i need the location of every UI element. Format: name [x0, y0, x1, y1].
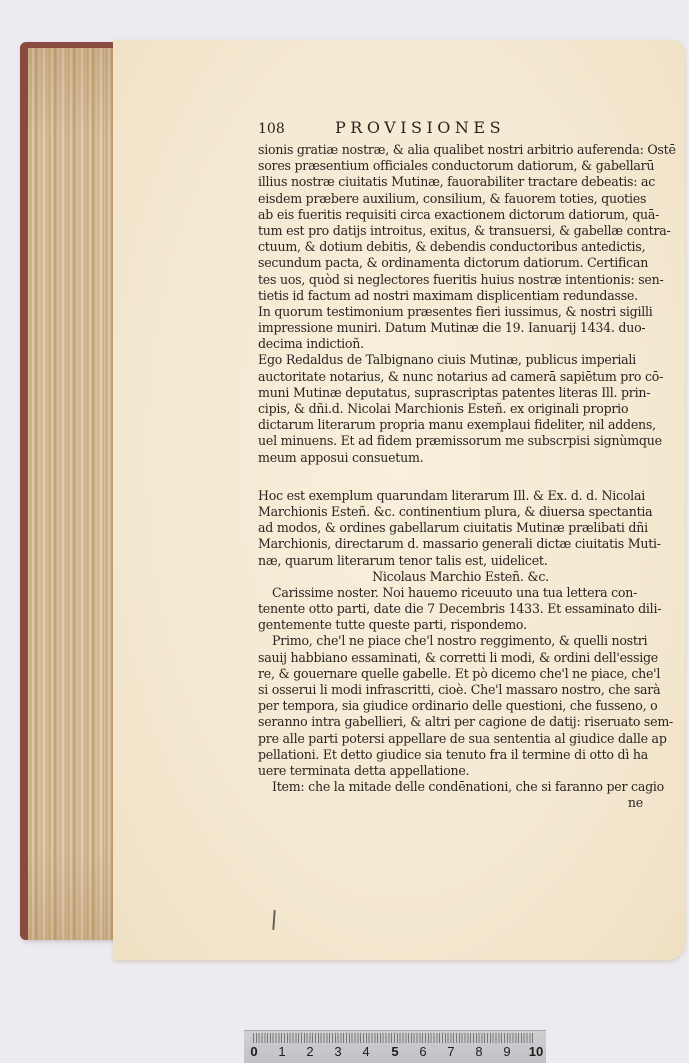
scale-ruler: 0 1 2 3 4 5 6 7 8 9 10 [244, 1030, 546, 1063]
page-number: 108 [258, 121, 285, 137]
text-line: sores præsentium officiales conductorum … [258, 158, 643, 174]
text-line: In quorum testimonium præsentes fieri iu… [258, 304, 643, 320]
text-line: impressione muniri. Datum Mutinæ die 19.… [258, 320, 643, 336]
text-line: Hoc est exemplum quarundam literarum Ill… [258, 488, 643, 504]
paragraph-item: Item: che la mitade delle condēnationi, … [258, 779, 643, 811]
ruler-label: 9 [503, 1044, 510, 1059]
text-line: tum est pro datijs introitus, exitus, & … [258, 223, 643, 239]
text-line: pellationi. Et detto giudice sia tenuto … [258, 747, 643, 763]
section-gap [258, 466, 643, 488]
paragraph-exemplum: Hoc est exemplum quarundam literarum Ill… [258, 488, 643, 585]
ruler-label: 3 [334, 1044, 341, 1059]
text-line: næ, quarum literarum tenor talis est, ui… [258, 553, 643, 569]
text-line: auctoritate notarius, & nunc notarius ad… [258, 369, 643, 385]
running-title: PROVISIONES [335, 118, 505, 137]
ruler-label: 1 [278, 1044, 285, 1059]
text-line: tietis id factum ad nostri maximam displ… [258, 288, 643, 304]
text-line: tenente otto parti, date die 7 Decembris… [258, 601, 643, 617]
text-line: dictarum literarum propria manu exemplau… [258, 417, 643, 433]
text-line: uel minuens. Et ad fidem præmissorum me … [258, 433, 643, 449]
ruler-label: 7 [447, 1044, 454, 1059]
ruler-label: 4 [362, 1044, 369, 1059]
text-line: Primo, che'l ne piace che'l nostro reggi… [258, 633, 643, 649]
text-line: Ego Redaldus de Talbignano ciuis Mutinæ,… [258, 352, 643, 368]
ruler-ticks [253, 1033, 535, 1043]
text-line: ad modos, & ordines gabellarum ciuitatis… [258, 520, 643, 536]
paragraph-primo: Primo, che'l ne piace che'l nostro reggi… [258, 633, 643, 779]
ruler-label: 2 [306, 1044, 313, 1059]
body-text: sionis gratiæ nostræ, & alia qualibet no… [258, 142, 643, 812]
text-line: per tempora, sia giudice ordinario delle… [258, 698, 643, 714]
text-line: Item: che la mitade delle condēnationi, … [258, 779, 643, 795]
text-line: Marchionis, directarum d. massario gener… [258, 536, 643, 552]
text-line: meum apposui consuetum. [258, 450, 643, 466]
text-line: ab eis fueritis requisiti circa exaction… [258, 207, 643, 223]
ruler-label: 5 [391, 1044, 398, 1059]
text-line: cipis, & dñi.d. Nicolai Marchionis Esteñ… [258, 401, 643, 417]
ruler-label: 8 [475, 1044, 482, 1059]
text-line: seranno intra gabellieri, & altri per ca… [258, 714, 643, 730]
catchword: ne [258, 795, 643, 811]
text-line: eisdem præbere auxilium, consilium, & fa… [258, 191, 643, 207]
text-line: illius nostræ ciuitatis Mutinæ, fauorabi… [258, 174, 643, 190]
text-line: Marchionis Esteñ. &c. continentium plura… [258, 504, 643, 520]
text-line: sionis gratiæ nostræ, & alia qualibet no… [258, 142, 643, 158]
text-line: pre alle parti potersi appellare de sua … [258, 731, 643, 747]
page-content: 108 PROVISIONES sionis gratiæ nostræ, & … [258, 118, 643, 812]
text-line: re, & gouernare quelle gabelle. Et pò di… [258, 666, 643, 682]
ruler-label: 0 [250, 1044, 257, 1059]
paragraph-letter-close: sionis gratiæ nostræ, & alia qualibet no… [258, 142, 643, 352]
book-page-stack [28, 48, 116, 940]
text-line: si osserui li modi infrascritti, cioè. C… [258, 682, 643, 698]
text-line: muni Mutinæ deputatus, suprascriptas pat… [258, 385, 643, 401]
ruler-label: 6 [419, 1044, 426, 1059]
text-line: ctuum, & dotium debitis, & debendis cond… [258, 239, 643, 255]
text-line: gentemente tutte queste parti, rispondem… [258, 617, 643, 633]
running-head: 108 PROVISIONES [258, 118, 643, 142]
text-line: secundum pacta, & ordinamenta dictorum d… [258, 255, 643, 271]
text-line: sauij habbiano essaminati, & corretti li… [258, 650, 643, 666]
text-line: uere terminata detta appellatione. [258, 763, 643, 779]
text-line: tes uos, quòd si neglectores fueritis hu… [258, 272, 643, 288]
text-line: Carissime noster. Noi hauemo riceuuto un… [258, 585, 643, 601]
ruler-labels: 0 1 2 3 4 5 6 7 8 9 10 [244, 1044, 546, 1062]
salutation: Nicolaus Marchio Esteñ. &c. [258, 569, 643, 585]
paragraph-carissime: Carissime noster. Noi hauemo riceuuto un… [258, 585, 643, 634]
pencil-mark [272, 910, 275, 930]
text-line: decima indictioñ. [258, 336, 643, 352]
ruler-label: 10 [529, 1044, 543, 1059]
paragraph-notary-attestation: Ego Redaldus de Talbignano ciuis Mutinæ,… [258, 352, 643, 465]
